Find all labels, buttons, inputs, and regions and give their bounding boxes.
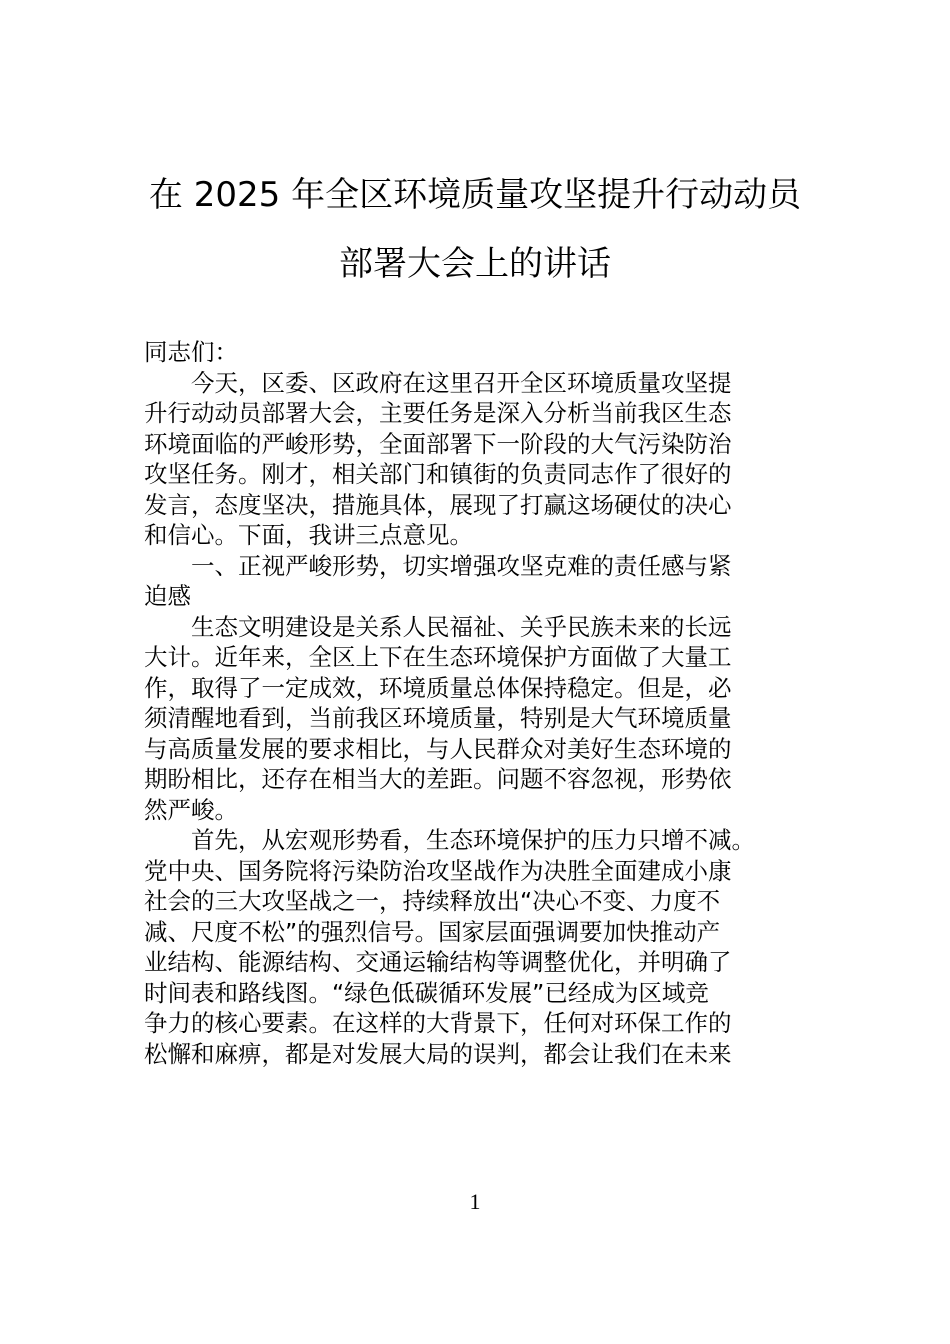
body-line: 业结构、能源结构、交通运输结构等调整优化，并明确了 — [144, 947, 814, 978]
body-line: 然严峻。 — [144, 795, 814, 826]
section-heading-line: 迫感 — [144, 581, 814, 612]
document-title-line-2: 部署大会上的讲话 — [0, 244, 950, 284]
document-body: 同志们： 今天，区委、区政府在这里召开全区环境质量攻坚提 升行动动员部署大会，主… — [144, 337, 814, 1069]
body-line: 期盼相比，还存在相当大的差距。问题不容忽视，形势依 — [144, 764, 814, 795]
section-heading-line: 一、正视严峻形势，切实增强攻坚克难的责任感与紧 — [144, 551, 814, 582]
body-line: 生态文明建设是关系人民福祉、关乎民族未来的长远 — [144, 612, 814, 643]
body-line: 党中央、国务院将污染防治攻坚战作为决胜全面建成小康 — [144, 856, 814, 887]
document-page: 在 2025 年全区环境质量攻坚提升行动动员 部署大会上的讲话 同志们： 今天，… — [0, 0, 950, 1344]
body-line: 今天，区委、区政府在这里召开全区环境质量攻坚提 — [144, 368, 814, 399]
body-line: 减、尺度不松”的强烈信号。国家层面强调要加快推动产 — [144, 917, 814, 948]
body-line: 攻坚任务。刚才，相关部门和镇街的负责同志作了很好的 — [144, 459, 814, 490]
body-line: 须清醒地看到，当前我区环境质量，特别是大气环境质量 — [144, 703, 814, 734]
body-line: 争力的核心要素。在这样的大背景下，任何对环保工作的 — [144, 1008, 814, 1039]
body-line: 大计。近年来，全区上下在生态环境保护方面做了大量工 — [144, 642, 814, 673]
page-number: 1 — [0, 1188, 950, 1216]
body-line: 环境面临的严峻形势，全面部署下一阶段的大气污染防治 — [144, 429, 814, 460]
salutation: 同志们： — [144, 337, 814, 368]
body-line: 发言，态度坚决，措施具体，展现了打赢这场硬仗的决心 — [144, 490, 814, 521]
body-line: 升行动动员部署大会，主要任务是深入分析当前我区生态 — [144, 398, 814, 429]
body-line: 与高质量发展的要求相比，与人民群众对美好生态环境的 — [144, 734, 814, 765]
document-title-line-1: 在 2025 年全区环境质量攻坚提升行动动员 — [0, 175, 950, 215]
body-line: 时间表和路线图。“绿色低碳循环发展”已经成为区域竞 — [144, 978, 814, 1009]
body-line: 松懈和麻痹，都是对发展大局的误判，都会让我们在未来 — [144, 1039, 814, 1070]
body-line: 社会的三大攻坚战之一，持续释放出“决心不变、力度不 — [144, 886, 814, 917]
body-line: 作，取得了一定成效，环境质量总体保持稳定。但是，必 — [144, 673, 814, 704]
body-line: 和信心。下面，我讲三点意见。 — [144, 520, 814, 551]
body-line: 首先，从宏观形势看，生态环境保护的压力只增不减。 — [144, 825, 814, 856]
